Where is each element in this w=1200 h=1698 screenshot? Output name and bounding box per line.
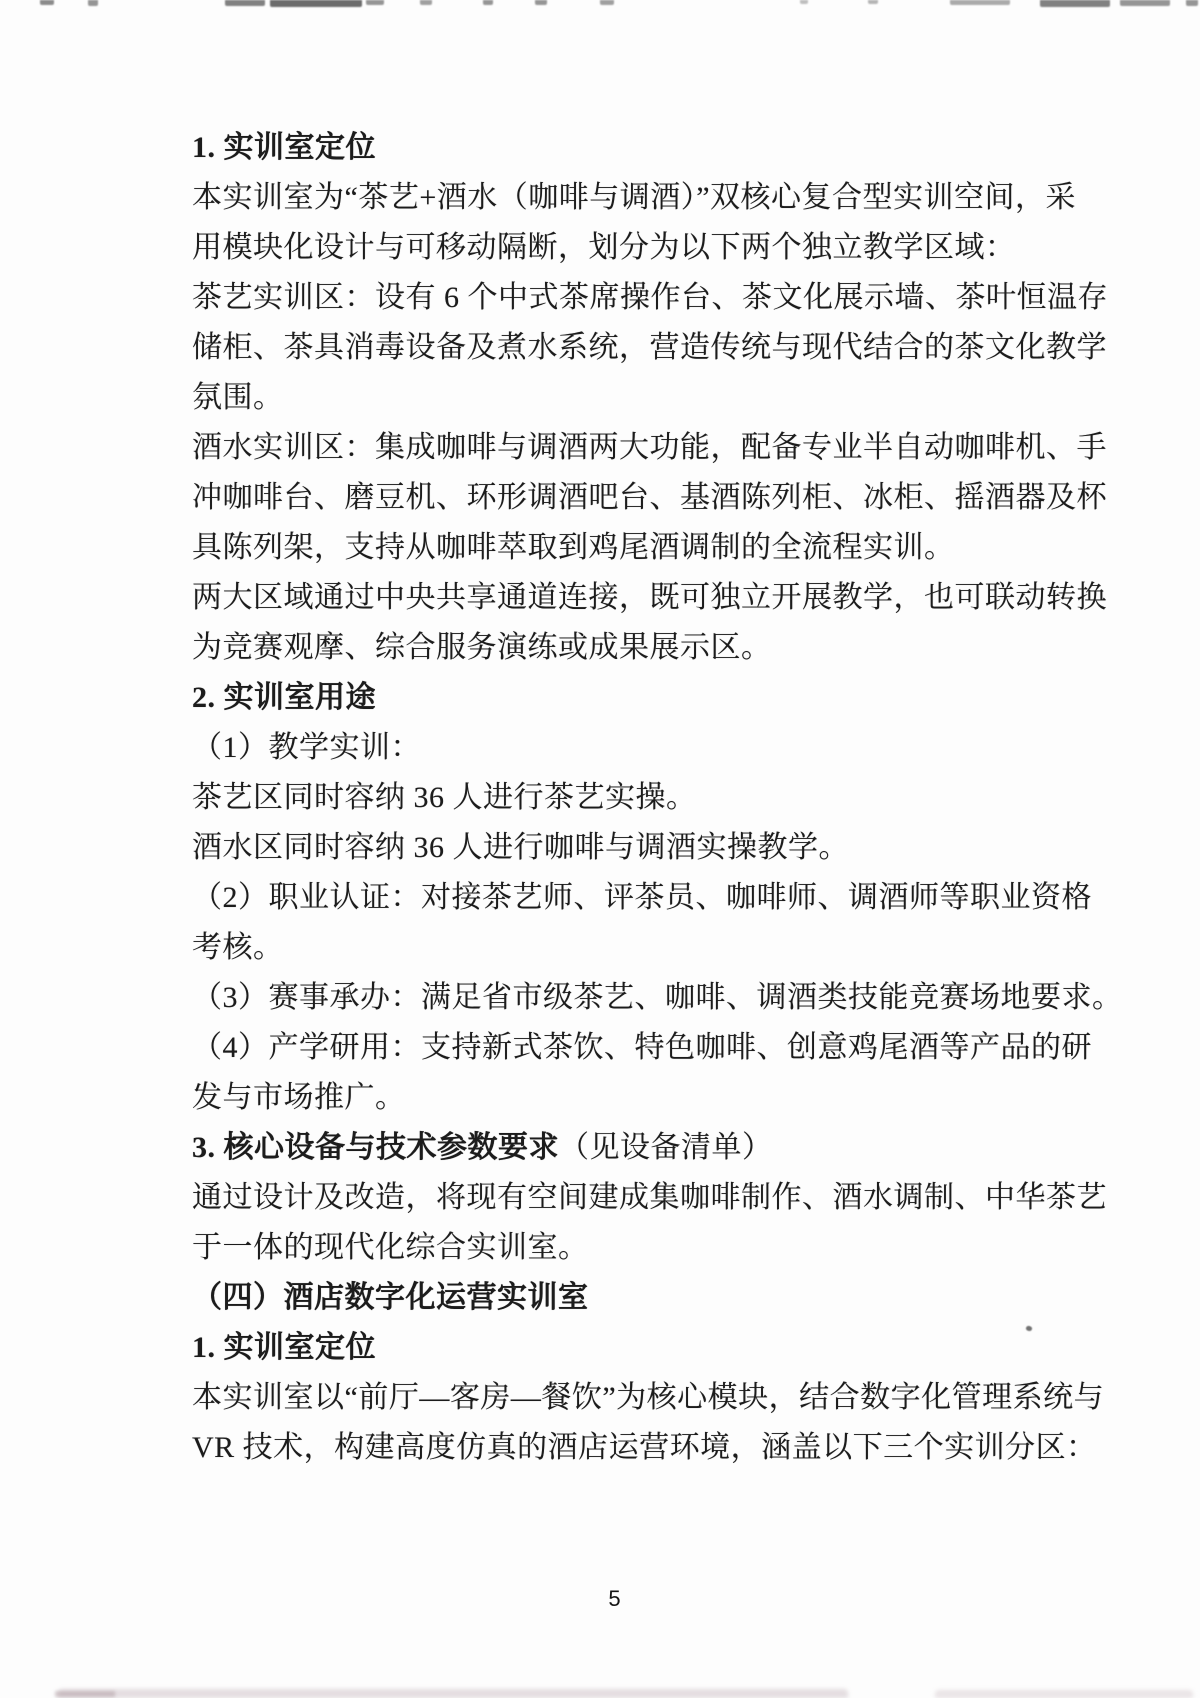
- text-line: （3）赛事承办：满足省市级茶艺、咖啡、调酒类技能竞赛场地要求。: [192, 973, 1037, 1023]
- scan-noise-band: [935, 1690, 1193, 1698]
- text-line: 氛围。: [192, 373, 1037, 423]
- text-line: 储柜、茶具消毒设备及煮水系统，营造传统与现代结合的茶文化教学: [192, 323, 1037, 373]
- text-line: 考核。: [192, 923, 1037, 973]
- text-line: （2）职业认证：对接茶艺师、评茶员、咖啡师、调酒师等职业资格: [192, 873, 1037, 923]
- text-line: 发与市场推广。: [192, 1073, 1037, 1123]
- document-page: 1. 实训室定位本实训室为“茶艺+酒水（咖啡与调酒）”双核心复合型实训空间，采用…: [0, 0, 1200, 1698]
- scan-noise-top: [0, 0, 1200, 10]
- text-line: 用模块化设计与可移动隔断，划分为以下两个独立教学区域：: [192, 223, 1037, 273]
- text-line: 于一体的现代化综合实训室。: [192, 1223, 1037, 1273]
- text-line: 具陈列架，支持从咖啡萃取到鸡尾酒调制的全流程实训。: [192, 523, 1037, 573]
- text-line: 通过设计及改造，将现有空间建成集咖啡制作、酒水调制、中华茶艺: [192, 1173, 1037, 1223]
- text-line: 茶艺实训区：设有 6 个中式茶席操作台、茶文化展示墙、茶叶恒温存: [192, 273, 1037, 323]
- text-line: 本实训室为“茶艺+酒水（咖啡与调酒）”双核心复合型实训空间，采: [192, 173, 1037, 223]
- text-line: 茶艺区同时容纳 36 人进行茶艺实操。: [192, 773, 1037, 823]
- heading-line: （四）酒店数字化运营实训室: [192, 1273, 1037, 1323]
- heading-line: 2. 实训室用途: [192, 673, 1037, 723]
- text-line: 两大区域通过中央共享通道连接，既可独立开展教学，也可联动转换: [192, 573, 1037, 623]
- heading-line: 1. 实训室定位: [192, 123, 1037, 173]
- text-line: VR 技术，构建高度仿真的酒店运营环境，涵盖以下三个实训分区：: [192, 1423, 1037, 1473]
- text-line: 本实训室以“前厅—客房—餐饮”为核心模块，结合数字化管理系统与: [192, 1373, 1037, 1423]
- text-line: （1）教学实训：: [192, 723, 1037, 773]
- scan-noise-bottom: [0, 1682, 1200, 1698]
- heading-line: 3. 核心设备与技术参数要求（见设备清单）: [192, 1123, 1037, 1173]
- scan-noise-blob: [55, 1691, 115, 1697]
- heading-line: 1. 实训室定位: [192, 1323, 1037, 1373]
- heading-suffix: （见设备清单）: [559, 1131, 773, 1164]
- page-number: 5: [192, 1586, 1037, 1612]
- text-line: 为竞赛观摩、综合服务演练或成果展示区。: [192, 623, 1037, 673]
- heading-text: 3. 核心设备与技术参数要求: [192, 1131, 559, 1164]
- text-line: （4）产学研用：支持新式茶饮、特色咖啡、创意鸡尾酒等产品的研: [192, 1023, 1037, 1073]
- document-body: 1. 实训室定位本实训室为“茶艺+酒水（咖啡与调酒）”双核心复合型实训空间，采用…: [192, 123, 1037, 1473]
- text-line: 酒水实训区：集成咖啡与调酒两大功能，配备专业半自动咖啡机、手: [192, 423, 1037, 473]
- text-line: 酒水区同时容纳 36 人进行咖啡与调酒实操教学。: [192, 823, 1037, 873]
- text-line: 冲咖啡台、磨豆机、环形调酒吧台、基酒陈列柜、冰柜、摇酒器及杯: [192, 473, 1037, 523]
- scan-noise-band: [58, 1689, 848, 1698]
